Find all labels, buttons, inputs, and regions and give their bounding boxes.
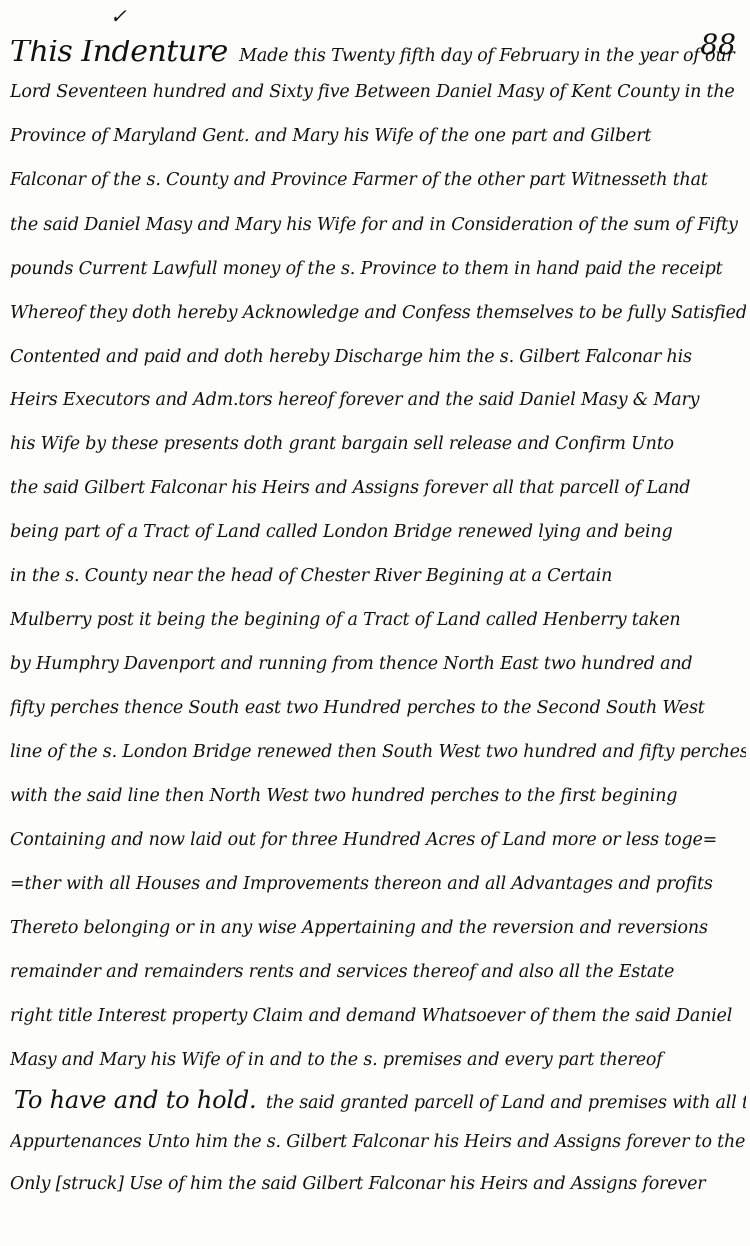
deed-line-3: Province of Maryland Gent. and Mary his …	[10, 124, 746, 148]
deed-line-text: the said Daniel Masy and Mary his Wife f…	[10, 215, 738, 235]
deed-line-27: Only [struck] Use of him the said Gilber…	[10, 1172, 746, 1196]
deed-line-1: This Indenture Made this Twenty fifth da…	[10, 40, 746, 68]
deed-line-text: Mulberry post it being the begining of a…	[10, 610, 681, 630]
deed-line-4: Falconar of the s. County and Province F…	[10, 168, 746, 192]
deed-line-text: in the s. County near the head of Cheste…	[10, 566, 612, 586]
deed-page: ✓ 88 This Indenture Made this Twenty fif…	[0, 0, 750, 1246]
deed-line-8: Contented and paid and doth hereby Disch…	[10, 345, 746, 369]
deed-line-6: pounds Current Lawfull money of the s. P…	[10, 257, 746, 281]
deed-line-text: being part of a Tract of Land called Lon…	[10, 522, 672, 542]
deed-line-text: with the said line then North West two h…	[10, 786, 677, 806]
deed-line-text: Only [struck] Use of him the said Gilber…	[10, 1174, 705, 1194]
check-mark: ✓	[110, 4, 127, 28]
deed-line-22: remainder and remainders rents and servi…	[10, 960, 746, 984]
deed-line-2: Lord Seventeen hundred and Sixty five Be…	[10, 80, 746, 104]
deed-line-12: being part of a Tract of Land called Lon…	[10, 520, 746, 544]
deed-line-text: Appurtenances Unto him the s. Gilbert Fa…	[10, 1132, 745, 1152]
deed-line-9: Heirs Executors and Adm.tors hereof fore…	[10, 388, 746, 412]
deed-line-text: remainder and remainders rents and servi…	[10, 962, 674, 982]
habendum-heading: To have and to hold.	[14, 1088, 256, 1114]
deed-line-text: Falconar of the s. County and Province F…	[10, 170, 708, 190]
deed-line-text: right title Interest property Claim and …	[10, 1006, 732, 1026]
deed-line-text: Heirs Executors and Adm.tors hereof fore…	[10, 390, 699, 410]
deed-line-text: Province of Maryland Gent. and Mary his …	[10, 126, 651, 146]
deed-line-24: Masy and Mary his Wife of in and to the …	[10, 1048, 746, 1072]
deed-line-text: fifty perches thence South east two Hund…	[10, 698, 705, 718]
deed-line-text: Thereto belonging or in any wise Apperta…	[10, 918, 708, 938]
deed-line-text: Containing and now laid out for three Hu…	[10, 830, 717, 850]
deed-line-text: the said granted parcell of Land and pre…	[266, 1093, 746, 1113]
deed-line-text: Lord Seventeen hundred and Sixty five Be…	[10, 82, 735, 102]
deed-line-21: Thereto belonging or in any wise Apperta…	[10, 916, 746, 940]
deed-line-text: Masy and Mary his Wife of in and to the …	[10, 1050, 663, 1070]
deed-line-text: by Humphry Davenport and running from th…	[10, 654, 692, 674]
deed-heading: This Indenture	[10, 40, 228, 68]
deed-line-7: Whereof they doth hereby Acknowledge and…	[10, 301, 746, 325]
deed-line-26: Appurtenances Unto him the s. Gilbert Fa…	[10, 1130, 746, 1154]
deed-line-13: in the s. County near the head of Cheste…	[10, 564, 746, 588]
deed-line-text: line of the s. London Bridge renewed the…	[10, 742, 746, 762]
deed-line-text: Whereof they doth hereby Acknowledge and…	[10, 303, 746, 323]
deed-line-text: the said Gilbert Falconar his Heirs and …	[10, 478, 690, 498]
deed-line-text: pounds Current Lawfull money of the s. P…	[10, 259, 723, 279]
deed-line-5: the said Daniel Masy and Mary his Wife f…	[10, 213, 746, 237]
deed-line-14: Mulberry post it being the begining of a…	[10, 608, 746, 632]
deed-line-15: by Humphry Davenport and running from th…	[10, 652, 746, 676]
deed-line-18: with the said line then North West two h…	[10, 784, 746, 808]
deed-line-16: fifty perches thence South east two Hund…	[10, 696, 746, 720]
deed-line-text: =ther with all Houses and Improvements t…	[10, 874, 713, 894]
deed-line-19: Containing and now laid out for three Hu…	[10, 828, 746, 852]
deed-line-23: right title Interest property Claim and …	[10, 1004, 746, 1028]
deed-line-17: line of the s. London Bridge renewed the…	[10, 740, 746, 764]
deed-line-11: the said Gilbert Falconar his Heirs and …	[10, 476, 746, 500]
deed-line-text: his Wife by these presents doth grant ba…	[10, 434, 674, 454]
deed-line-20: =ther with all Houses and Improvements t…	[10, 872, 746, 896]
deed-line-10: his Wife by these presents doth grant ba…	[10, 432, 746, 456]
deed-line-text: Contented and paid and doth hereby Disch…	[10, 347, 692, 367]
deed-line-25: To have and to hold. the said granted pa…	[10, 1088, 746, 1115]
deed-line-text: Made this Twenty fifth day of February i…	[239, 46, 734, 66]
